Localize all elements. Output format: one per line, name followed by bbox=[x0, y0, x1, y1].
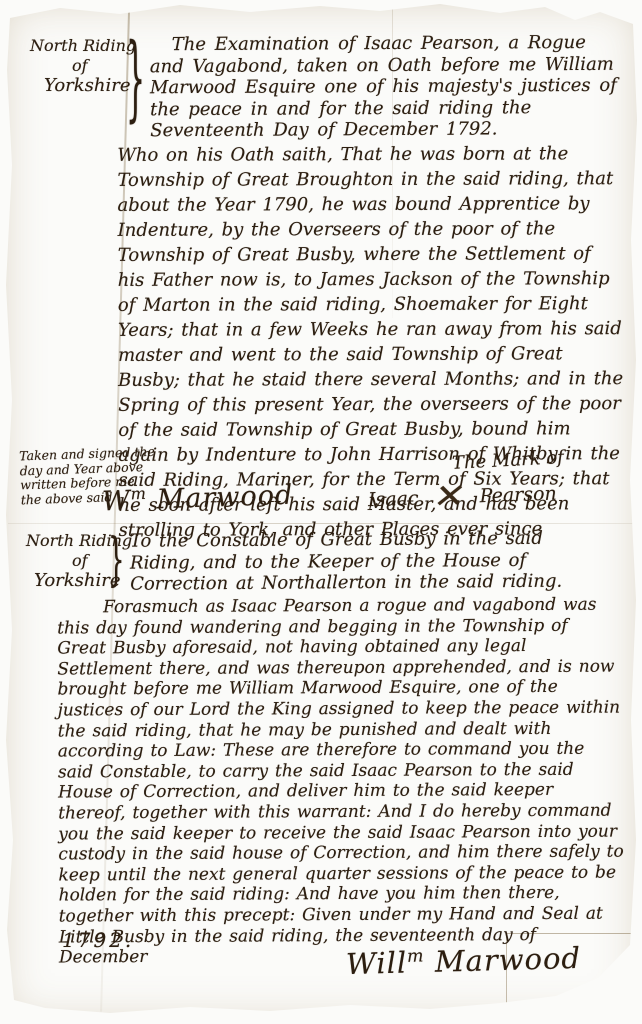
justice-signature-2: Willm Marwood bbox=[346, 941, 582, 981]
cross-mark-icon: ✕ bbox=[430, 477, 468, 517]
examination-heading: The Examination of Isaac Pearson, a Rogu… bbox=[150, 32, 629, 142]
margin-brace-1: } bbox=[126, 26, 145, 135]
signature-initial: Will bbox=[346, 945, 408, 981]
signature-superscript: m bbox=[407, 946, 425, 966]
warrant-address: To the Constable of Great Busby in the s… bbox=[130, 527, 612, 595]
signature-superscript: m bbox=[130, 484, 147, 504]
mark-forename: Isaac bbox=[368, 487, 419, 511]
signature-surname: Marwood bbox=[156, 480, 294, 516]
signature-surname: Marwood bbox=[434, 941, 581, 979]
manuscript-paper-sheet: North Riding of Yorkshire } The Examinat… bbox=[0, 0, 642, 1024]
scanned-manuscript-page: { "colors": { "paper": "#e9dfc6", "ink":… bbox=[0, 0, 642, 1024]
margin-brace-2: } bbox=[108, 528, 125, 594]
warrant-body: Forasmuch as Isaac Pearson a rogue and v… bbox=[57, 595, 625, 969]
signature-initial: W bbox=[102, 485, 132, 517]
warrant-year: 1792. bbox=[62, 928, 134, 952]
mark-surname: Pearson bbox=[479, 482, 557, 507]
margin-note-county-1: North Riding of Yorkshire bbox=[30, 36, 136, 96]
justice-signature-1: Wm Marwood bbox=[101, 479, 293, 518]
margin-line: North Riding bbox=[30, 36, 136, 56]
margin-line: Yorkshire bbox=[44, 76, 136, 96]
